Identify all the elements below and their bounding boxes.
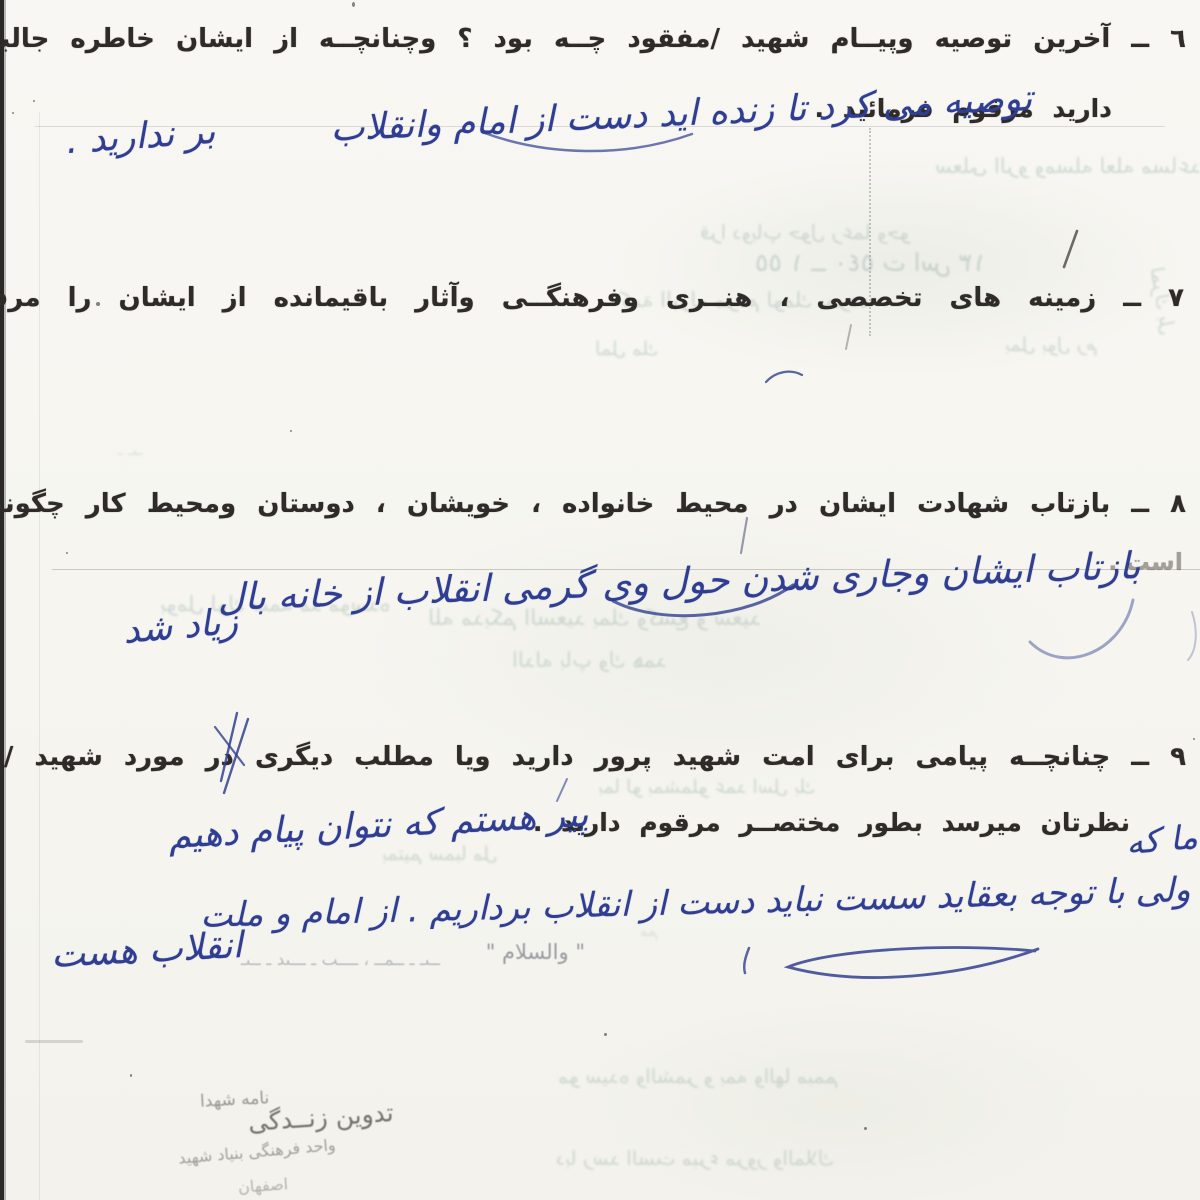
scan-speck	[290, 430, 292, 432]
bleedthrough-line: مو سيده والشمر و بمه والها مبمم	[558, 1064, 838, 1088]
question-8-handwritten-answer-wrap: زیاد شد	[122, 601, 240, 652]
stamp-line-3: واحد فرهنگی بنیاد شهید	[177, 1135, 336, 1168]
bleedthrough-line: بمل بول رم	[1005, 334, 1098, 356]
bleedthrough-line: مم	[640, 922, 658, 940]
q7-tilde-flourish	[766, 372, 802, 382]
vertical-crease-left	[39, 112, 40, 1200]
question-9-printed-line-2: نظرتان میرسد بطور مختصــر مرقوم دارید .	[533, 808, 1130, 837]
stray-faint-stroke-q8	[741, 518, 747, 553]
scan-speck	[130, 1074, 132, 1077]
bleedthrough-line: دبا رسد الست مبرء مرور والملاك	[556, 1146, 834, 1170]
question-9-printed-line-1: ٩ ــ چنانچــه پیامی برای امت شهید پرور د…	[0, 742, 1186, 772]
bleedthrough-line: ـ ـٮـ	[118, 440, 142, 459]
q9-end-swoosh	[788, 948, 1038, 978]
scanner-edge-shadow	[4, 0, 6, 1200]
question-6-handwritten-answer-wrap: بر ندارید .	[64, 111, 216, 162]
scan-speck	[604, 1033, 607, 1036]
bleedthrough-line: سعلى الرو ومسله لعله مساعد	[935, 154, 1200, 178]
scan-speck	[12, 112, 14, 114]
question-9-handwritten-answer-start: ما که	[1125, 817, 1200, 862]
closing-salaam: " والسلام "	[486, 940, 585, 964]
bottom-left-streak	[25, 1040, 83, 1043]
bleedthrough-line: الدله باپ وك همد	[512, 648, 667, 672]
right-edge-ink-hook	[1188, 612, 1196, 660]
bleedthrough-line: بمتيم سمبا مل	[382, 843, 497, 865]
bleedthrough-line: بما لو بمشملو عمد اسل بك	[598, 776, 815, 798]
scan-speck	[66, 552, 68, 554]
stray-black-stroke	[1064, 231, 1077, 267]
scan-speck	[1193, 738, 1195, 740]
question-7-printed-line-1: ٧ ــ زمینه های تخصصی ، هنــری وفرهنگــی …	[0, 283, 1184, 313]
question-9-handwritten-answer-line-3: انقلاب هست	[50, 925, 243, 976]
bleedthrough-line: لمل مك	[595, 338, 658, 360]
question-9-handwritten-answer-line-1: پیر هستم که نتوان پیام دهیم	[167, 794, 589, 857]
question-6-printed-line-1: ٦ ــ آخرین توصیه وپیــام شهید /مفقود چــ…	[0, 24, 1186, 54]
question-9-handwritten-answer-line-2: ولی با توجه بعقاید سست نباید دست از انقل…	[199, 870, 1190, 936]
q9-comma-mark	[744, 948, 749, 973]
scan-speck	[33, 100, 35, 102]
stamp-line-4: اصفهان	[237, 1174, 288, 1196]
closing-signature-scribble: ــٮـ ـ ــمــ ، ــــٮ ـ ـــٮد ـ ــٮـ	[241, 950, 440, 970]
stray-faint-stroke-mid	[846, 325, 851, 349]
scan-speck	[864, 1127, 867, 1130]
bleedthrough-line: ٥٥ ١ ــ ٥٤٠ ت اس ١٣	[755, 248, 986, 277]
bleedthrough-line: قرا دوياپ حول رعما وحو	[700, 220, 909, 244]
scan-speck	[352, 2, 355, 7]
question-6-handwritten-answer: توصیه می کرد تا زنده اید دست از امام وان…	[330, 78, 1033, 150]
question-8-printed-line-1: ٨ ــ بازتاب شهادت ایشان در محیط خانواده …	[0, 489, 1186, 519]
scanned-questionnaire-page: سعلى الرو ومسله لعله مساعد قرا دوياپ حول…	[0, 0, 1200, 1200]
scan-speck	[96, 302, 100, 306]
q8-answer-bowl-flourish	[1030, 600, 1133, 658]
